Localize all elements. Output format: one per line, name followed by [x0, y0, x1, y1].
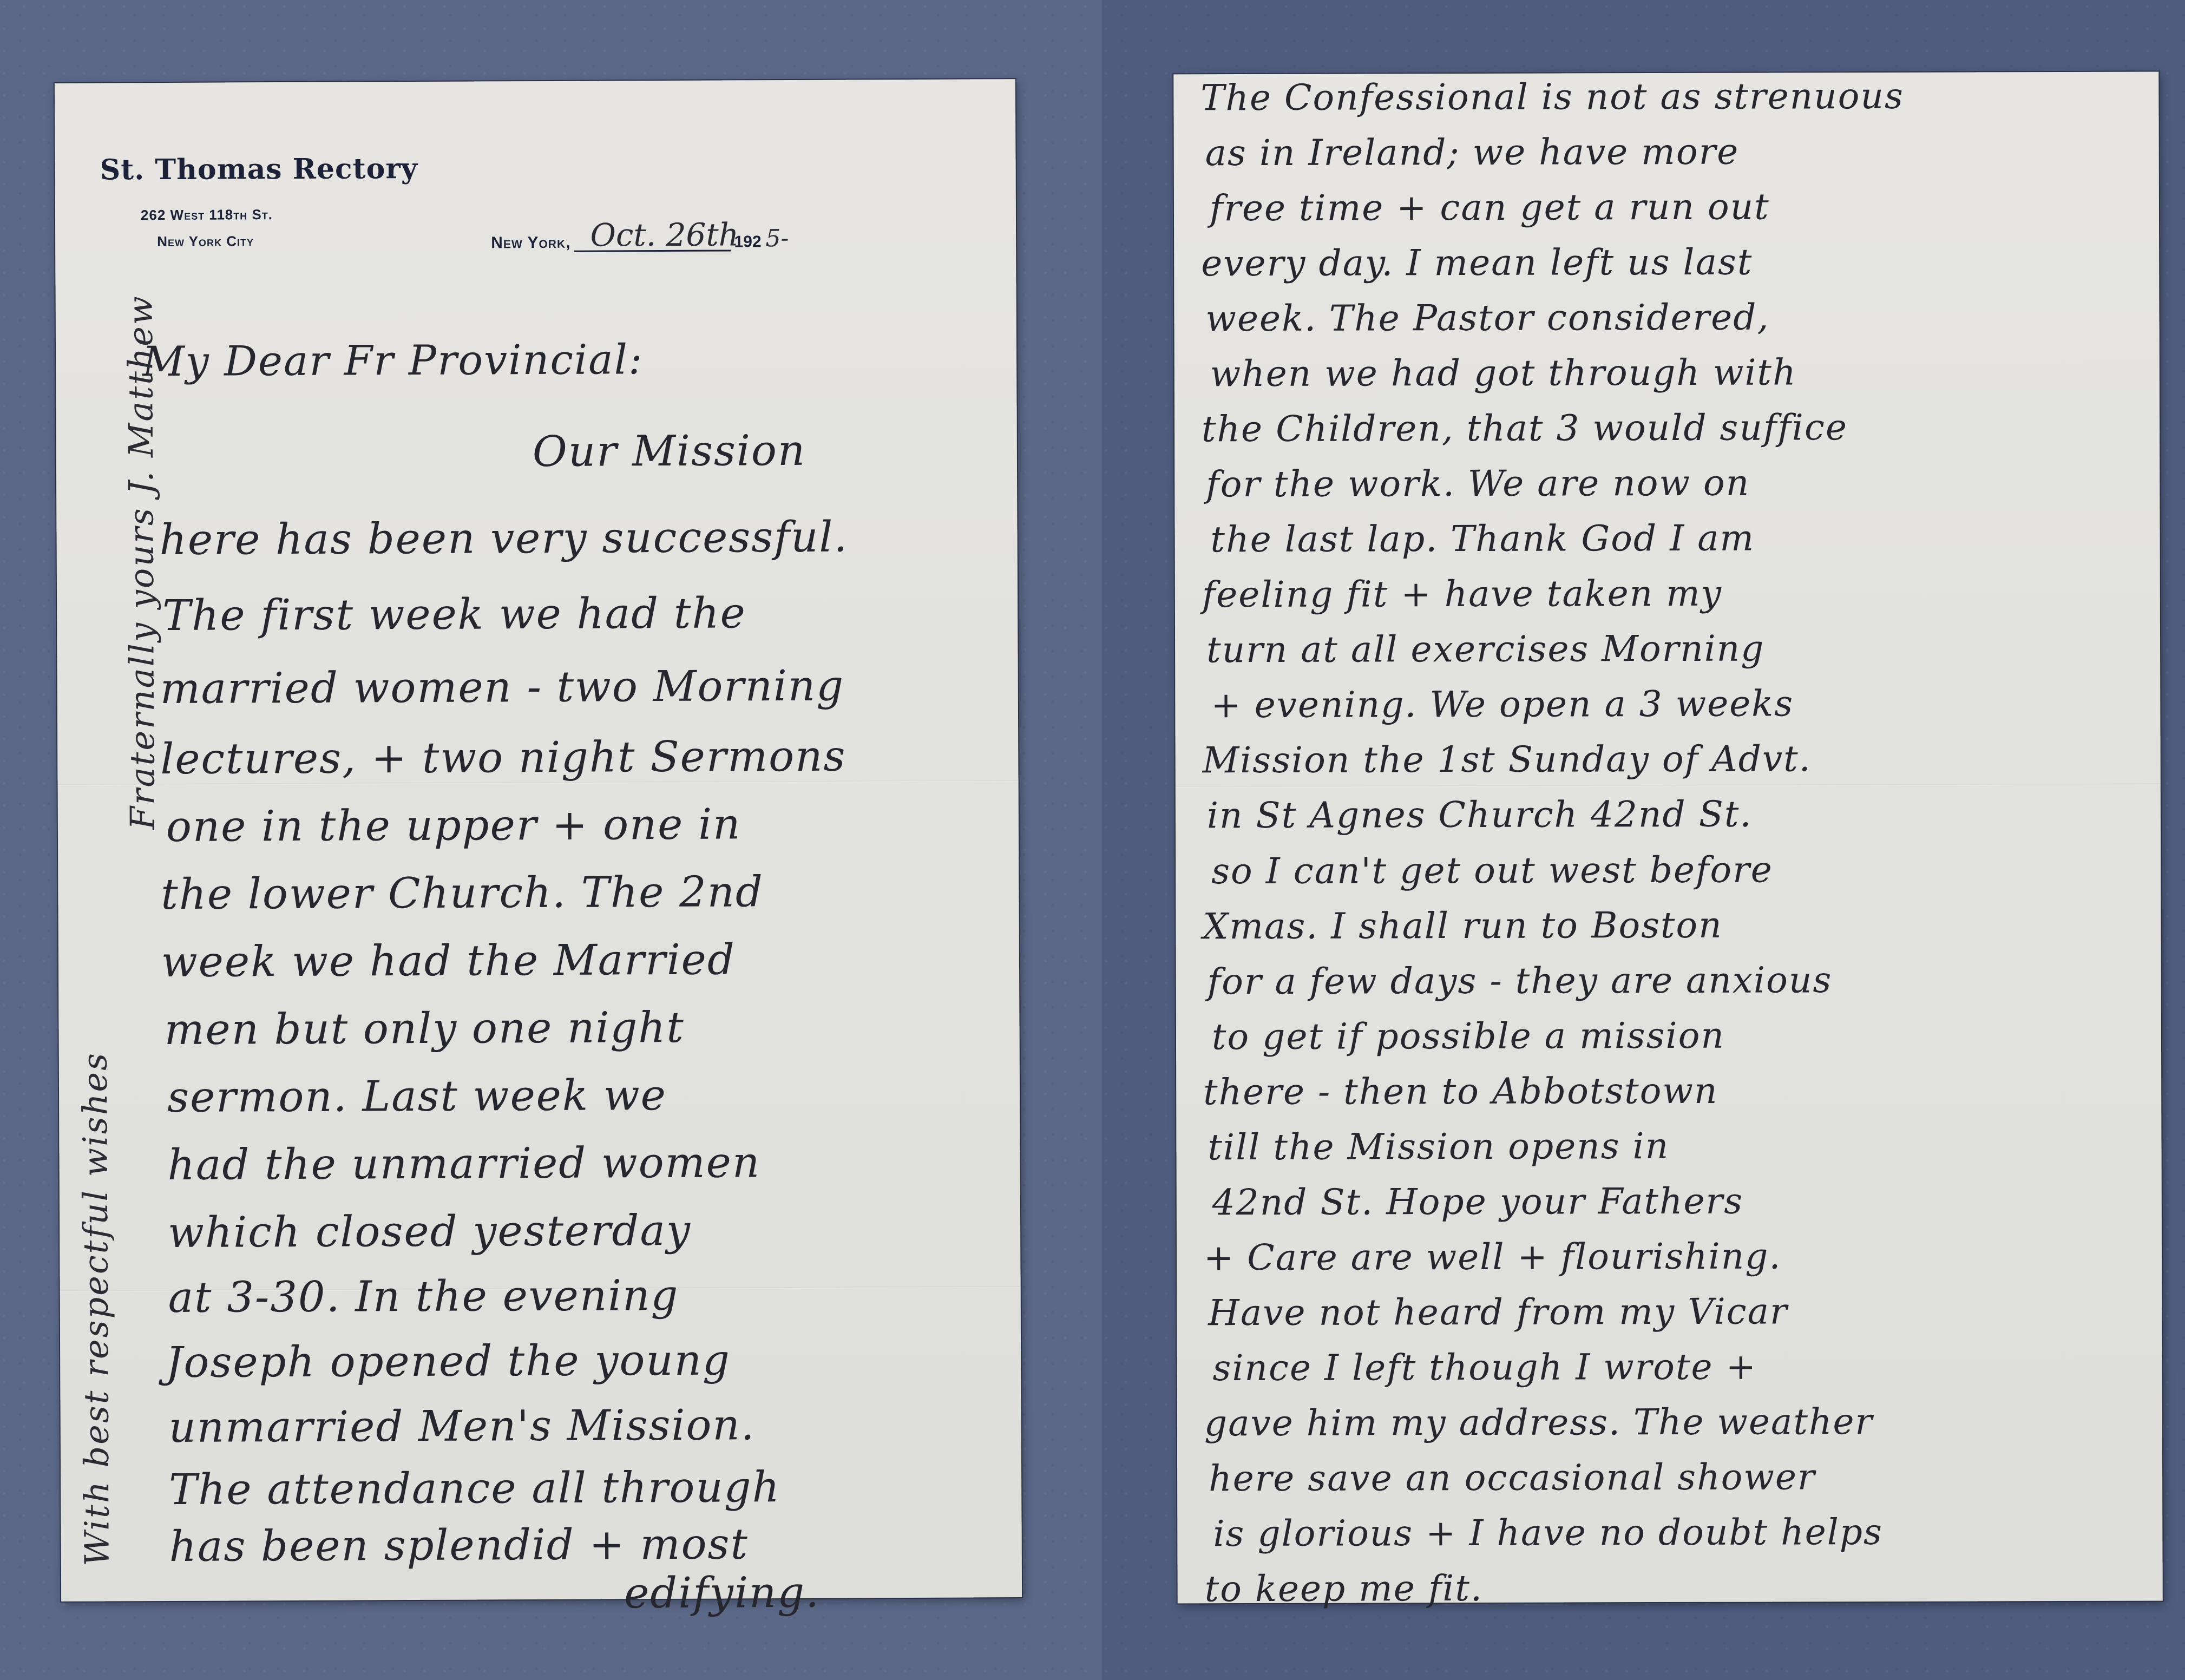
body-line: here save an occasional shower: [1209, 1456, 1816, 1499]
body-line: unmarried Men's Mission.: [169, 1401, 756, 1452]
body-line: as in Ireland; we have more: [1205, 131, 1740, 174]
body-line: The first week we had the: [162, 589, 746, 640]
body-line: married women - two Morning: [160, 662, 845, 714]
letter-page-2: The Confessional is not as strenuousas i…: [1173, 72, 2162, 1604]
body-line: when we had got through with: [1210, 351, 1797, 395]
body-line: which closed yesterday: [168, 1206, 691, 1257]
body-line: week we had the Married: [161, 935, 736, 987]
body-line: the lower Church. The 2nd: [161, 868, 764, 919]
body-line: sermon. Last week we: [167, 1071, 667, 1122]
body-line: here has been very successful.: [159, 513, 848, 565]
body-line: since I left though I wrote +: [1212, 1346, 1757, 1389]
dateline: New York, Oct. 26th 192 5-: [491, 224, 784, 252]
dateline-city: New York,: [491, 234, 570, 253]
letterhead-address: 262 West 118th St.: [141, 206, 418, 224]
body-line: 42nd St. Hope your Fathers: [1212, 1180, 1743, 1224]
body-line: is glorious + I have no doubt helps: [1213, 1511, 1883, 1554]
year-handwritten: 5-: [765, 225, 789, 252]
body-line: The attendance all through: [169, 1463, 780, 1514]
body-line: to keep me fit.: [1205, 1567, 1483, 1610]
date-field: Oct. 26th: [574, 226, 731, 252]
body-line: gave him my address. The weather: [1204, 1401, 1873, 1444]
margin-note-signature: Fraternally yours J. Matthew: [121, 294, 162, 830]
body-line: the last lap. Thank God I am: [1210, 517, 1755, 561]
body-line: Our Mission: [533, 426, 806, 476]
fold-crease: [1176, 784, 2161, 788]
body-line: every day. I mean left us last: [1201, 241, 1753, 285]
body-line: turn at all exercises Morning: [1206, 628, 1765, 671]
body-line: men but only one night: [164, 1003, 685, 1054]
body-line: has been splendid + most: [169, 1520, 749, 1571]
salutation: My Dear Fr Provincial:: [142, 335, 644, 385]
letterhead-title: St. Thomas Rectory: [100, 152, 418, 187]
letter-page-1: St. Thomas Rectory 262 West 118th St. Ne…: [55, 79, 1022, 1602]
body-line: at 3-30. In the evening: [168, 1271, 679, 1322]
letterhead: St. Thomas Rectory 262 West 118th St. Ne…: [113, 152, 418, 250]
body-line: edifying.: [624, 1569, 820, 1618]
body-line: for the work. We are now on: [1206, 462, 1750, 506]
body-line: + evening. We open a 3 weeks: [1211, 682, 1794, 726]
body-line: + Care are well + flourishing.: [1204, 1235, 1782, 1278]
body-line: in St Agnes Church 42nd St.: [1207, 793, 1753, 837]
body-line: Have not heard from my Vicar: [1208, 1290, 1788, 1334]
body-line: till the Mission opens in: [1208, 1125, 1669, 1168]
date-handwritten: Oct. 26th: [590, 216, 739, 253]
body-line: Mission the 1st Sunday of Advt.: [1203, 738, 1812, 781]
body-line: had the unmarried women: [167, 1138, 760, 1190]
body-line: the Children, that 3 would suffice: [1202, 406, 1848, 450]
body-line: Joseph opened the young: [166, 1336, 731, 1387]
body-line: one in the upper + one in: [166, 800, 742, 851]
letterhead-city: New York City: [157, 232, 418, 250]
margin-note-closing: With best respectful wishes: [75, 1052, 117, 1566]
body-line: The Confessional is not as strenuous: [1200, 75, 1904, 119]
body-line: lectures, + two night Sermons: [160, 732, 846, 784]
body-line: week. The Pastor considered,: [1205, 297, 1769, 340]
body-line: Xmas. I shall run to Boston: [1203, 904, 1723, 948]
body-line: for a few days - they are anxious: [1208, 959, 1833, 1002]
body-line: there - then to Abbotstown: [1203, 1070, 1718, 1113]
body-line: so I can't get out west before: [1211, 849, 1773, 892]
body-line: to get if possible a mission: [1212, 1015, 1725, 1058]
body-line: feeling fit + have taken my: [1202, 573, 1722, 616]
body-line: free time + can get a run out: [1210, 186, 1770, 229]
